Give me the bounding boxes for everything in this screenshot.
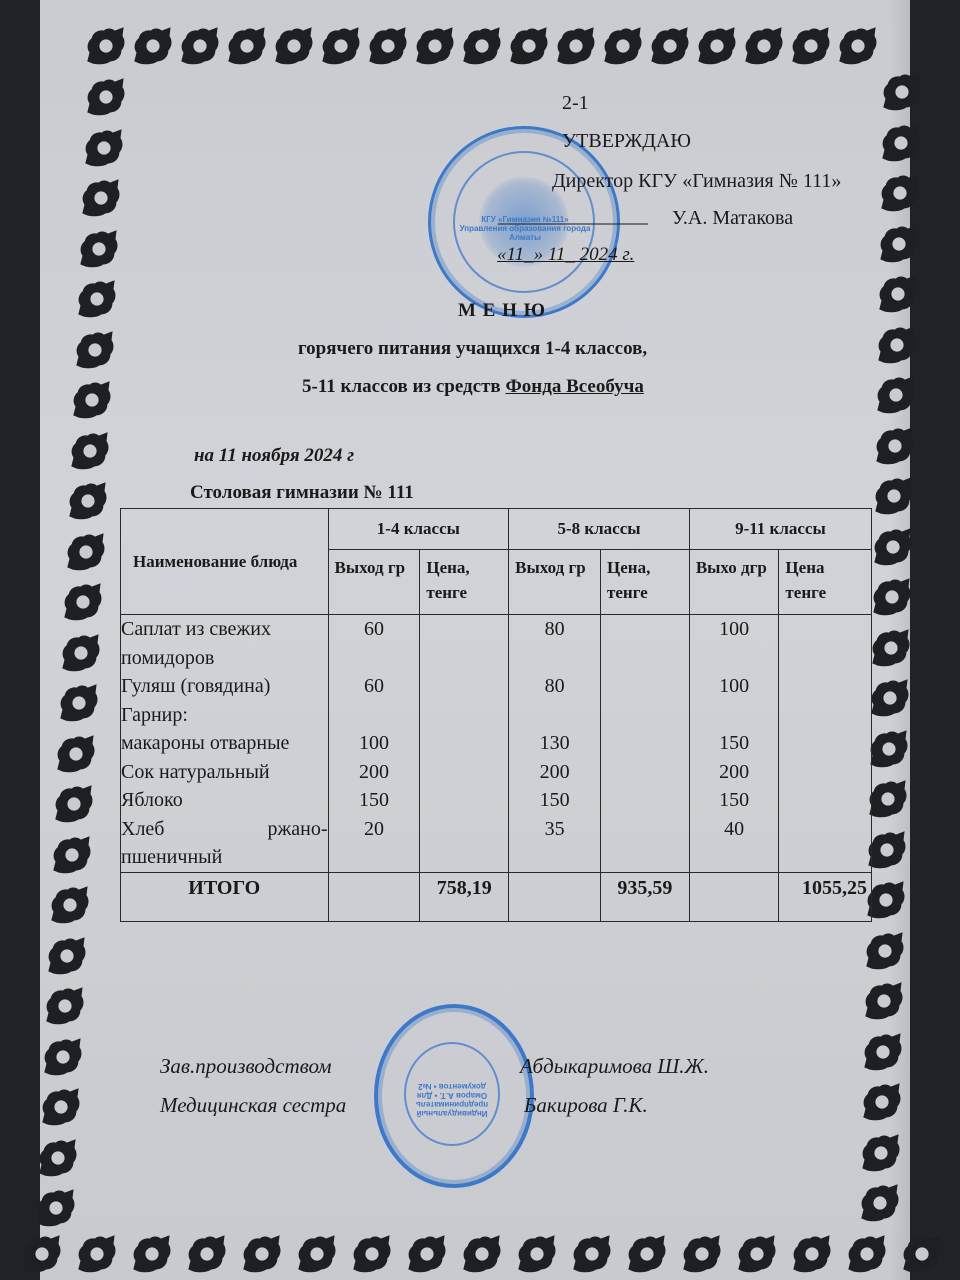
ornament-icon (873, 424, 917, 468)
dish-name: Сок натуральный (121, 758, 328, 787)
weights-9-11: 10010015020015040 (689, 615, 779, 873)
total-label: ИТОГО (121, 872, 329, 921)
header-price: Цена, тенге (420, 550, 509, 615)
ornament-icon (70, 378, 114, 422)
ornament-icon (866, 777, 910, 821)
ornament-icon (295, 1232, 339, 1276)
ornament-icon (880, 70, 924, 114)
ornament-icon (77, 227, 121, 271)
ornament-icon (868, 676, 912, 720)
signature-name-nurse: Бакирова Г.К. (524, 1093, 648, 1118)
signature-role-nurse: Медицинская сестра (160, 1093, 346, 1118)
ornament-icon (39, 1085, 83, 1129)
dish-name: Хлеб ржано-пшеничный (121, 815, 328, 872)
ornament-icon (863, 929, 907, 973)
ornament-icon (601, 24, 645, 68)
ornament-icon (858, 1181, 902, 1225)
dish-weight: 35 (509, 815, 600, 872)
header-weight: Выход гр (328, 550, 420, 615)
header-price: Цена, тенге (601, 550, 690, 615)
ornament-icon (84, 24, 128, 68)
ornament-icon (570, 1232, 614, 1276)
ornament-icon (61, 580, 105, 624)
dish-name: Саплат из свежих помидоров (121, 615, 328, 672)
prices-5-8 (601, 615, 690, 873)
weights-5-8: 808013020015035 (509, 615, 601, 873)
ornament-icon (900, 1232, 944, 1276)
menu-table: Наименование блюда 1-4 классы 5-8 классы… (120, 508, 872, 922)
ornament-icon (64, 530, 108, 574)
ornament-icon (648, 24, 692, 68)
ornament-icon (789, 24, 833, 68)
ornament-icon (845, 1232, 889, 1276)
header-group-1-4: 1-4 классы (328, 509, 509, 550)
ornament-icon (36, 1136, 80, 1180)
dish-names: Саплат из свежих помидоровГуляш (говядин… (121, 615, 329, 873)
ornament-icon (869, 626, 913, 670)
ornament-icon (860, 1080, 904, 1124)
prices-9-11 (779, 615, 872, 873)
subtitle-line1: горячего питания учащихся 1-4 классов, (298, 338, 647, 360)
ornament-icon (879, 121, 923, 165)
ornament-icon (695, 24, 739, 68)
approval-heading: УТВЕРЖДАЮ (562, 130, 691, 153)
official-stamp-bottom: Индивидуальный предприниматель Омаров А.… (374, 1004, 534, 1188)
ornament-icon (82, 126, 126, 170)
ornament-icon (79, 176, 123, 220)
ornament-icon (735, 1232, 779, 1276)
ornament-icon (52, 782, 96, 826)
ornament-icon (73, 328, 117, 372)
ornament-icon (862, 979, 906, 1023)
ornament-icon (57, 681, 101, 725)
ornament-icon (836, 24, 880, 68)
ornament-icon (50, 833, 94, 877)
weights-1-4: 606010020015020 (328, 615, 420, 873)
dish-weight: 130 (509, 729, 600, 758)
ornament-icon (178, 24, 222, 68)
dish-name: Гарнир: (121, 701, 328, 730)
ornament-icon (59, 631, 103, 675)
dish-weight (509, 701, 600, 730)
ornament-icon (871, 525, 915, 569)
ornament-icon (460, 24, 504, 68)
total-1-4: 758,19 (420, 872, 509, 921)
dish-weight: 40 (690, 815, 779, 872)
ornament-icon (34, 1186, 78, 1230)
dish-weight: 60 (329, 672, 420, 701)
dish-name: Гуляш (говядина) (121, 672, 328, 701)
ornament-icon (507, 24, 551, 68)
dish-weight (329, 701, 420, 730)
dish-weight: 200 (329, 758, 420, 787)
ornament-icon (43, 984, 87, 1028)
approver-position: Директор КГУ «Гимназия № 111» (552, 170, 841, 193)
ornament-icon (41, 1035, 85, 1079)
total-9-11: 1055,25 (779, 872, 872, 921)
ornament-icon (554, 24, 598, 68)
header-group-5-8: 5-8 классы (509, 509, 690, 550)
ornament-icon (45, 934, 89, 978)
ornament-icon (319, 24, 363, 68)
approval-date: «11_» 11_ 2024 г. (497, 244, 634, 266)
ornament-icon (240, 1232, 284, 1276)
ornament-icon (872, 474, 916, 518)
header-weight: Выхо дгр (689, 550, 779, 615)
ornament-icon (272, 24, 316, 68)
header-group-9-11: 9-11 классы (689, 509, 871, 550)
ornament-icon (877, 222, 921, 266)
ornament-icon (84, 75, 128, 119)
signature-role-production: Зав.производством (160, 1054, 332, 1079)
ornament-icon (68, 429, 112, 473)
ornament-icon (680, 1232, 724, 1276)
ornament-icon (66, 479, 110, 523)
ornament-icon (861, 1030, 905, 1074)
dish-weight: 100 (329, 729, 420, 758)
ornament-icon (460, 1232, 504, 1276)
header-weight: Выход гр (509, 550, 601, 615)
ornament-icon (20, 1232, 64, 1276)
dish-weight: 150 (509, 786, 600, 815)
dish-weight: 80 (509, 672, 600, 701)
dish-weight (690, 701, 779, 730)
header-price: Цена тенге (779, 550, 872, 615)
ornament-icon (859, 1131, 903, 1175)
approver-name: У.А. Матакова (672, 207, 793, 230)
dish-weight: 200 (690, 758, 779, 787)
dish-weight: 60 (329, 615, 420, 672)
dish-weight: 150 (329, 786, 420, 815)
ornament-icon (413, 24, 457, 68)
ornament-icon (625, 1232, 669, 1276)
page-ref: 2-1 (562, 92, 589, 115)
subtitle-line2: 5-11 классов из средств Фонда Всеобуча (302, 376, 644, 398)
dish-weight: 100 (690, 615, 779, 672)
ornament-icon (874, 373, 918, 417)
signature-line: _______________ (498, 205, 648, 228)
dish-weight: 200 (509, 758, 600, 787)
ornament-icon (130, 1232, 174, 1276)
signature-name-production: Абдыкаримова Ш.Ж. (520, 1054, 709, 1079)
ornament-icon (875, 323, 919, 367)
ornament-icon (48, 883, 92, 927)
ornament-icon (405, 1232, 449, 1276)
ornament-icon (515, 1232, 559, 1276)
menu-date: на 11 ноября 2024 г (194, 445, 354, 467)
ornament-icon (878, 171, 922, 215)
dish-weight: 100 (690, 672, 779, 701)
canteen-name: Столовая гимназии № 111 (190, 482, 414, 504)
ornament-icon (876, 272, 920, 316)
dish-weight: 150 (690, 786, 779, 815)
ornament-icon (185, 1232, 229, 1276)
fund-name: Фонда Всеобуча (505, 376, 643, 397)
ornament-icon (870, 575, 914, 619)
ornament-icon (75, 277, 119, 321)
dish-weight: 20 (329, 815, 420, 872)
ornament-icon (867, 727, 911, 771)
ornament-icon (366, 24, 410, 68)
document-title: М Е Н Ю (458, 300, 546, 322)
header-dish-name: Наименование блюда (121, 509, 329, 615)
dish-weight: 150 (690, 729, 779, 758)
ornament-icon (350, 1232, 394, 1276)
ornament-icon (790, 1232, 834, 1276)
prices-1-4 (420, 615, 509, 873)
dish-weight: 80 (509, 615, 600, 672)
total-5-8: 935,59 (601, 872, 690, 921)
ornament-icon (131, 24, 175, 68)
ornament-icon (54, 732, 98, 776)
dish-name: макароны отварные (121, 729, 328, 758)
ornament-icon (742, 24, 786, 68)
ornament-icon (225, 24, 269, 68)
ornament-icon (75, 1232, 119, 1276)
dish-name: Яблоко (121, 786, 328, 815)
